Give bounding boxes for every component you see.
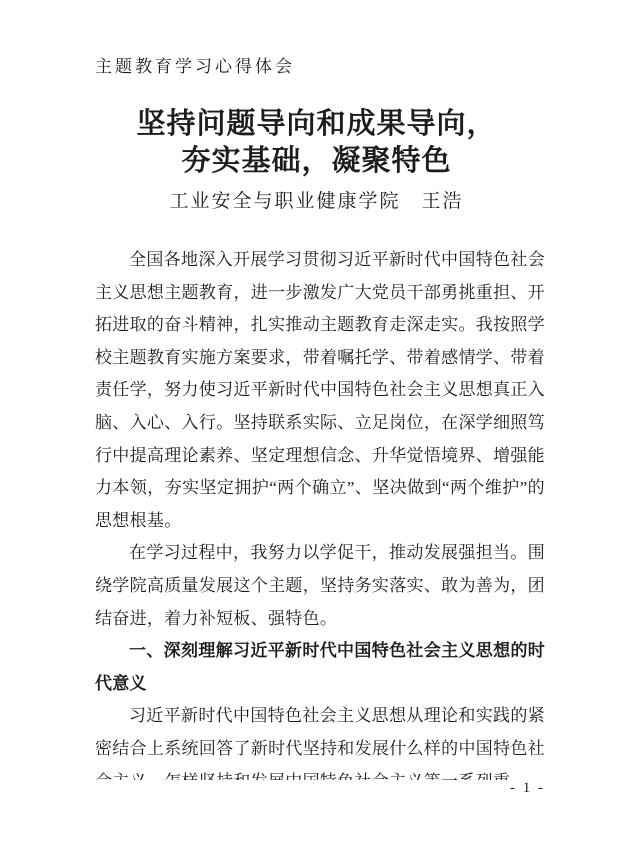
section-heading: 一、深刻理解习近平新时代中国特色社会主义思想的时代意义 xyxy=(95,635,545,700)
document-header-label: 主题教育学习心得体会 xyxy=(95,52,295,77)
document-title-line-2: 夯实基础，凝聚特色 xyxy=(0,143,633,180)
document-title: 坚持问题导向和成果导向， 夯实基础，凝聚特色 xyxy=(0,106,633,180)
body-paragraph: 全国各地深入开展学习贯彻习近平新时代中国特色社会主义思想主题教育，进一步激发广大… xyxy=(95,244,545,537)
document-body: 全国各地深入开展学习贯彻习近平新时代中国特色社会主义思想主题教育，进一步激发广大… xyxy=(95,244,545,780)
document-page: 主题教育学习心得体会 坚持问题导向和成果导向， 夯实基础，凝聚特色 工业安全与职… xyxy=(0,0,633,860)
page-number: - 1 - xyxy=(510,780,545,797)
document-byline: 工业安全与职业健康学院 王浩 xyxy=(0,186,633,213)
body-paragraph: 在学习过程中，我努力以学促干，推动发展强担当。围绕学院高质量发展这个主题，坚持务… xyxy=(95,537,545,635)
document-title-line-1: 坚持问题导向和成果导向， xyxy=(0,106,633,143)
body-paragraph: 习近平新时代中国特色社会主义思想从理论和实践的紧密结合上系统回答了新时代坚持和发… xyxy=(95,700,545,780)
